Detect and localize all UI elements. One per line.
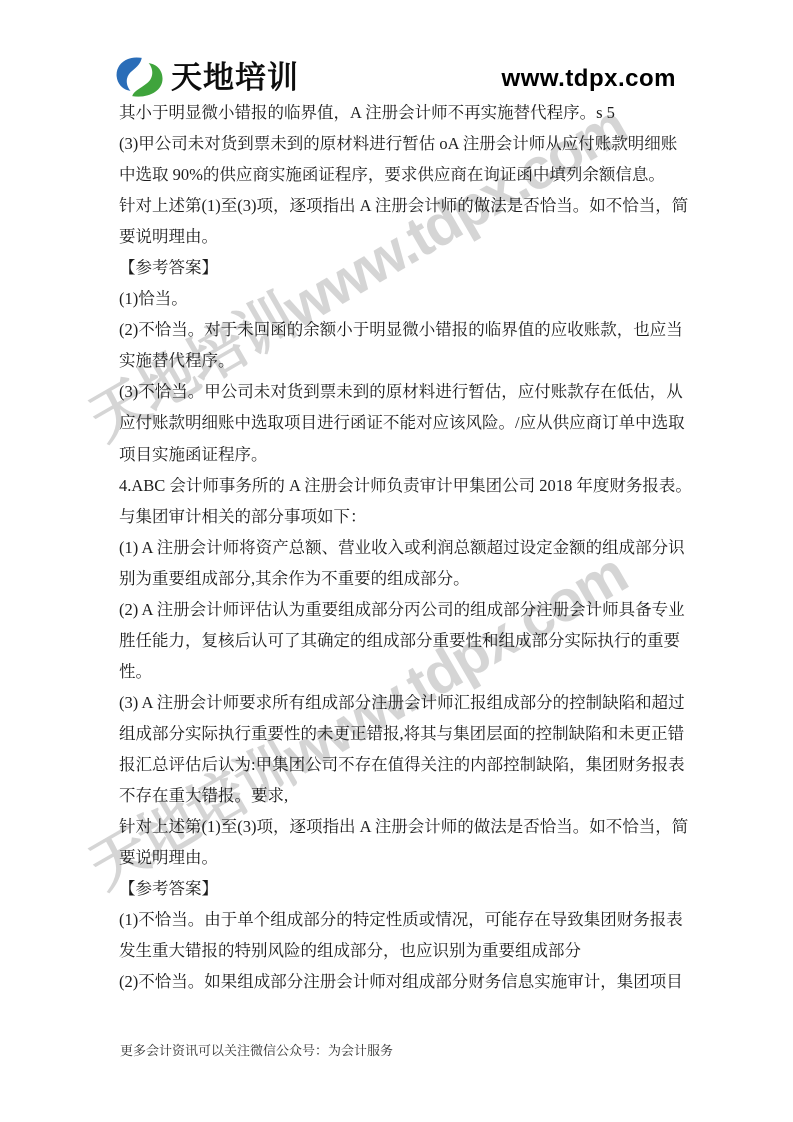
text-line: (2)不恰当。对于未回函的余额小于明显微小错报的临界值的应收账款，也应当 — [119, 314, 679, 345]
text-line: (2) A 注册会计师评估认为重要组成部分丙公司的组成部分注册会计师具备专业 — [119, 594, 679, 625]
question-start-line: 4.ABC 会计师事务所的 A 注册会计师负责审计甲集团公司 2018 年度财务… — [119, 470, 679, 501]
document-body: 其小于明显微小错报的临界值，A 注册会计师不再实施替代程序。s 5 (3)甲公司… — [119, 97, 679, 997]
text-line: (3)甲公司未对货到票未到的原材料进行暂估 oA 注册会计师从应付账款明细账 — [119, 128, 679, 159]
text-line: 应付账款明细账中选取项目进行函证不能对应该风险。/应从供应商订单中选取 — [119, 407, 679, 438]
text-line: (1) A 注册会计师将资产总额、营业收入或利润总额超过设定金额的组成部分识 — [119, 532, 679, 563]
text-line: 实施替代程序。 — [119, 345, 679, 376]
website-url: www.tdpx.com — [502, 67, 676, 91]
brand-logo: 天地培训 — [114, 55, 299, 99]
text-line: 项目实施函证程序。 — [119, 439, 679, 470]
text-line: 胜任能力，复核后认可了其确定的组成部分重要性和组成部分实际执行的重要 — [119, 625, 679, 656]
text-line: 不存在重大错报。要求, — [119, 780, 679, 811]
text-line: 要说明理由。 — [119, 842, 679, 873]
text-line: 要说明理由。 — [119, 221, 679, 252]
footer-note: 更多会计资讯可以关注微信公众号：为会计服务 — [120, 1040, 393, 1059]
brand-swirl-icon — [114, 55, 166, 99]
text-line: 组成部分实际执行重要性的未更正错报,将其与集团层面的控制缺陷和未更正错 — [119, 718, 679, 749]
text-line: (1)不恰当。由于单个组成部分的特定性质或情况，可能存在导致集团财务报表 — [119, 904, 679, 935]
brand-name: 天地培训 — [171, 62, 299, 93]
text-line: (3) A 注册会计师要求所有组成部分注册会计师汇报组成部分的控制缺陷和超过 — [119, 687, 679, 718]
text-line: (3)不恰当。甲公司未对货到票未到的原材料进行暂估，应付账款存在低估，从 — [119, 376, 679, 407]
text-line: 其小于明显微小错报的临界值，A 注册会计师不再实施替代程序。s 5 — [119, 97, 679, 128]
text-line: 性。 — [119, 656, 679, 687]
text-line: 与集团审计相关的部分事项如下： — [119, 501, 679, 532]
text-line: (1)恰当。 — [119, 283, 679, 314]
text-line: 报汇总评估后认为:甲集团公司不存在值得关注的内部控制缺陷，集团财务报表 — [119, 749, 679, 780]
document-page: 天地培训www.tdpx.com 天地培训www.tdpx.com 天地培训 w… — [0, 0, 793, 1122]
text-line: 针对上述第(1)至(3)项，逐项指出 A 注册会计师的做法是否恰当。如不恰当，简 — [119, 811, 679, 842]
text-line: 发生重大错报的特别风险的组成部分，也应识别为重要组成部分 — [119, 935, 679, 966]
answer-header: 【参考答案】 — [119, 252, 679, 283]
answer-header: 【参考答案】 — [119, 873, 679, 904]
text-line: 别为重要组成部分,其余作为不重要的组成部分。 — [119, 563, 679, 594]
text-line: 中选取 90%的供应商实施函证程序，要求供应商在询证函中填列余额信息。 — [119, 159, 679, 190]
text-line: (2)不恰当。如果组成部分注册会计师对组成部分财务信息实施审计，集团项目 — [119, 966, 679, 997]
text-line: 针对上述第(1)至(3)项，逐项指出 A 注册会计师的做法是否恰当。如不恰当，简 — [119, 190, 679, 221]
